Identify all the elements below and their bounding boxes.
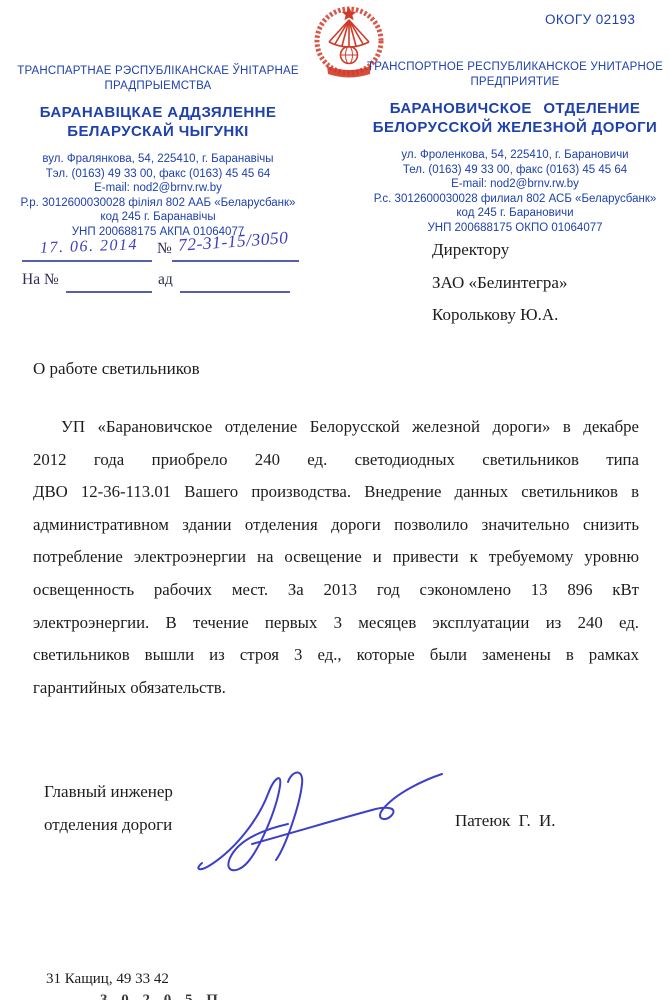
letterhead-right: ТРАНСПОРТНОЕ РЕСПУБЛИКАНСКОЕ УНИТАРНОЕ П…: [366, 60, 664, 236]
address-ru-street: ул. Фроленкова, 54, 225410, г. Баранович…: [366, 148, 664, 163]
org-type-ru-line1: ТРАНСПОРТНОЕ РЕСПУБЛИКАНСКОЕ УНИТАРНОЕ: [366, 60, 664, 75]
org-name-by-line2: БЕЛАРУСКАЙ ЧЫГУНКІ: [12, 122, 304, 141]
body-line: потребление электроэнергии на освещение …: [33, 541, 639, 574]
body-line: ДВО 12-36-113.01 Вашего производства. Вн…: [33, 476, 639, 509]
body-line: УП «Барановичское отделение Белорусской …: [33, 411, 639, 444]
signer-title-line1: Главный инженер: [44, 782, 173, 802]
address-ru-bank: Р.с. 3012600030028 филиал 802 АСБ «Белар…: [366, 192, 664, 207]
handwritten-signature-icon: [192, 760, 447, 872]
address-by-email: E-mail: nod2@brnv.rw.by: [12, 181, 304, 196]
date-rule-line: [22, 260, 152, 262]
address-ru-bank-code: код 245 г. Барановичи: [366, 206, 664, 221]
letterhead-left: ТРАНСПАРТНАЕ РЭСПУБЛІКАНСКАЕ ЎНІТАРНАЕ П…: [12, 64, 304, 240]
body-paragraph: УП «Барановичское отделение Белорусской …: [33, 411, 639, 704]
scanned-letter-page: ОКОГУ 02193 ТРАНСПАРТНАЕ РЭСПУБЛІКАНСКАЕ…: [0, 0, 669, 1000]
reply-to-label: На №: [22, 271, 59, 289]
addressee-block: Директору ЗАО «Белинтегра» Королькову Ю.…: [432, 234, 567, 332]
reply-date-rule-line: [180, 291, 290, 293]
org-name-ru-line1: БАРАНОВИЧСКОЕ ОТДЕЛЕНИЕ: [366, 99, 664, 118]
org-type-by-line1: ТРАНСПАРТНАЕ РЭСПУБЛІКАНСКАЕ ЎНІТАРНАЕ: [12, 64, 304, 79]
org-name-by-line1: БАРАНАВІЦКАЕ АДДЗЯЛЕННЕ: [12, 103, 304, 122]
number-rule-line: [172, 260, 299, 262]
reply-number-rule-line: [66, 291, 152, 293]
body-line: гарантийных обязательств.: [33, 672, 639, 705]
page-bottom-cutoff-text: 3 0 2 0 5 П: [100, 992, 300, 1000]
body-line: электроэнергии. В течение первых 3 месяц…: [33, 607, 639, 640]
reply-from-label: ад: [158, 271, 173, 289]
number-sign-label: №: [157, 240, 172, 258]
body-line: освещенность рабочих мест. За 2013 год с…: [33, 574, 639, 607]
org-type-ru-line2: ПРЕДПРИЯТИЕ: [366, 75, 664, 90]
body-line: 2012 года приобрело 240 ед. светодиодных…: [33, 444, 639, 477]
subject-line: О работе светильников: [33, 359, 200, 379]
org-type-by-line2: ПРАДПРЫЕМСТВА: [12, 79, 304, 94]
addressee-person: Королькову Ю.А.: [432, 299, 567, 332]
okogu-code: ОКОГУ 02193: [545, 12, 635, 27]
address-ru-email: E-mail: nod2@brnv.rw.by: [366, 177, 664, 192]
signer-title-line2: отделения дороги: [44, 815, 172, 835]
address-by-phone: Тэл. (0163) 49 33 00, факс (0163) 45 45 …: [12, 167, 304, 182]
body-line: административном здании отделения дороги…: [33, 509, 639, 542]
handwritten-date: 17. 06. 2014: [40, 236, 139, 257]
signer-name: Патеюк Г. И.: [455, 811, 556, 831]
address-by-street: вул. Фралянкова, 54, 225410, г. Баранаві…: [12, 152, 304, 167]
addressee-company: ЗАО «Белинтегра»: [432, 267, 567, 300]
address-ru-phone: Тел. (0163) 49 33 00, факс (0163) 45 45 …: [366, 163, 664, 178]
org-name-ru-line2: БЕЛОРУССКОЙ ЖЕЛЕЗНОЙ ДОРОГИ: [366, 118, 664, 137]
executor-contact: 31 Кащиц, 49 33 42: [46, 971, 169, 988]
address-by-bank: Р.р. 3012600030028 філіял 802 ААБ «Белар…: [12, 196, 304, 211]
body-line: светильников вышли из строя 3 ед., котор…: [33, 639, 639, 672]
address-by-bank-code: код 245 г. Баранавічы: [12, 210, 304, 225]
addressee-position: Директору: [432, 234, 567, 267]
